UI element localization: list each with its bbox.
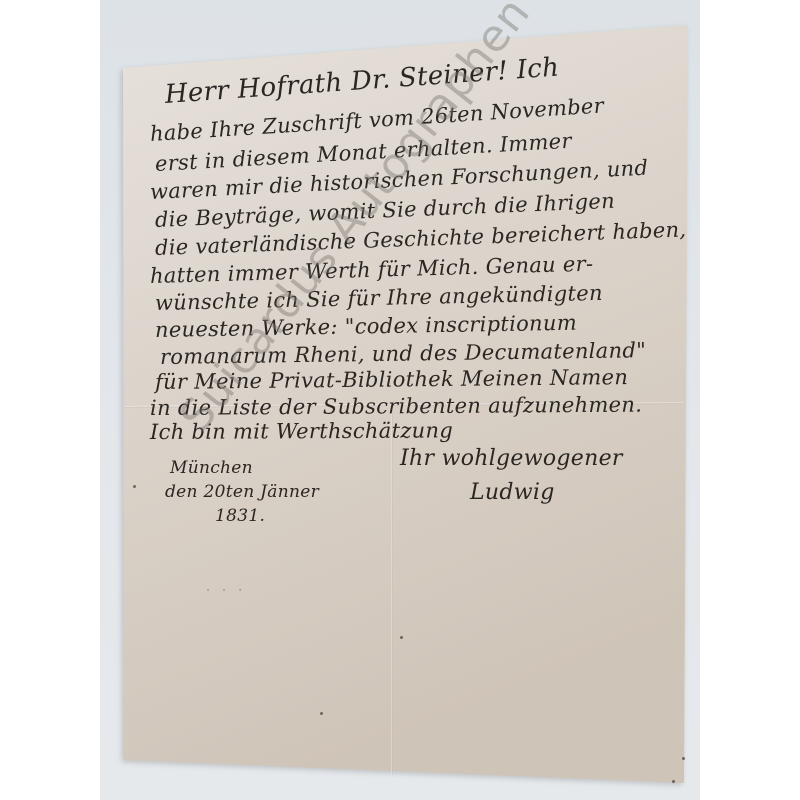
- body-line-12: Ich bin mit Werthschätzung: [150, 418, 453, 444]
- faint-marks: · · ·: [205, 585, 245, 596]
- closing-phrase: Ihr wohlgewogener: [400, 446, 623, 471]
- letter-paper: Herr Hofrath Dr. Steiner! Ich habe Ihre …: [0, 0, 800, 800]
- body-line-10: für Meine Privat-Bibliothek Meinen Namen: [155, 365, 628, 394]
- body-line-11: in die Liste der Subscribenten aufzunehm…: [150, 393, 642, 420]
- date-line: den 20ten Jänner: [165, 482, 319, 502]
- paper-speck: [682, 757, 685, 760]
- paper-speck: [133, 485, 136, 488]
- paper-speck: [400, 636, 403, 639]
- place-name: München: [170, 458, 253, 478]
- paper-speck: [320, 712, 323, 715]
- year: 1831.: [215, 506, 265, 526]
- vertical-fold: [391, 405, 393, 775]
- signature: Ludwig: [470, 480, 555, 505]
- photo-stage: Herr Hofrath Dr. Steiner! Ich habe Ihre …: [0, 0, 800, 800]
- paper-speck: [672, 780, 675, 783]
